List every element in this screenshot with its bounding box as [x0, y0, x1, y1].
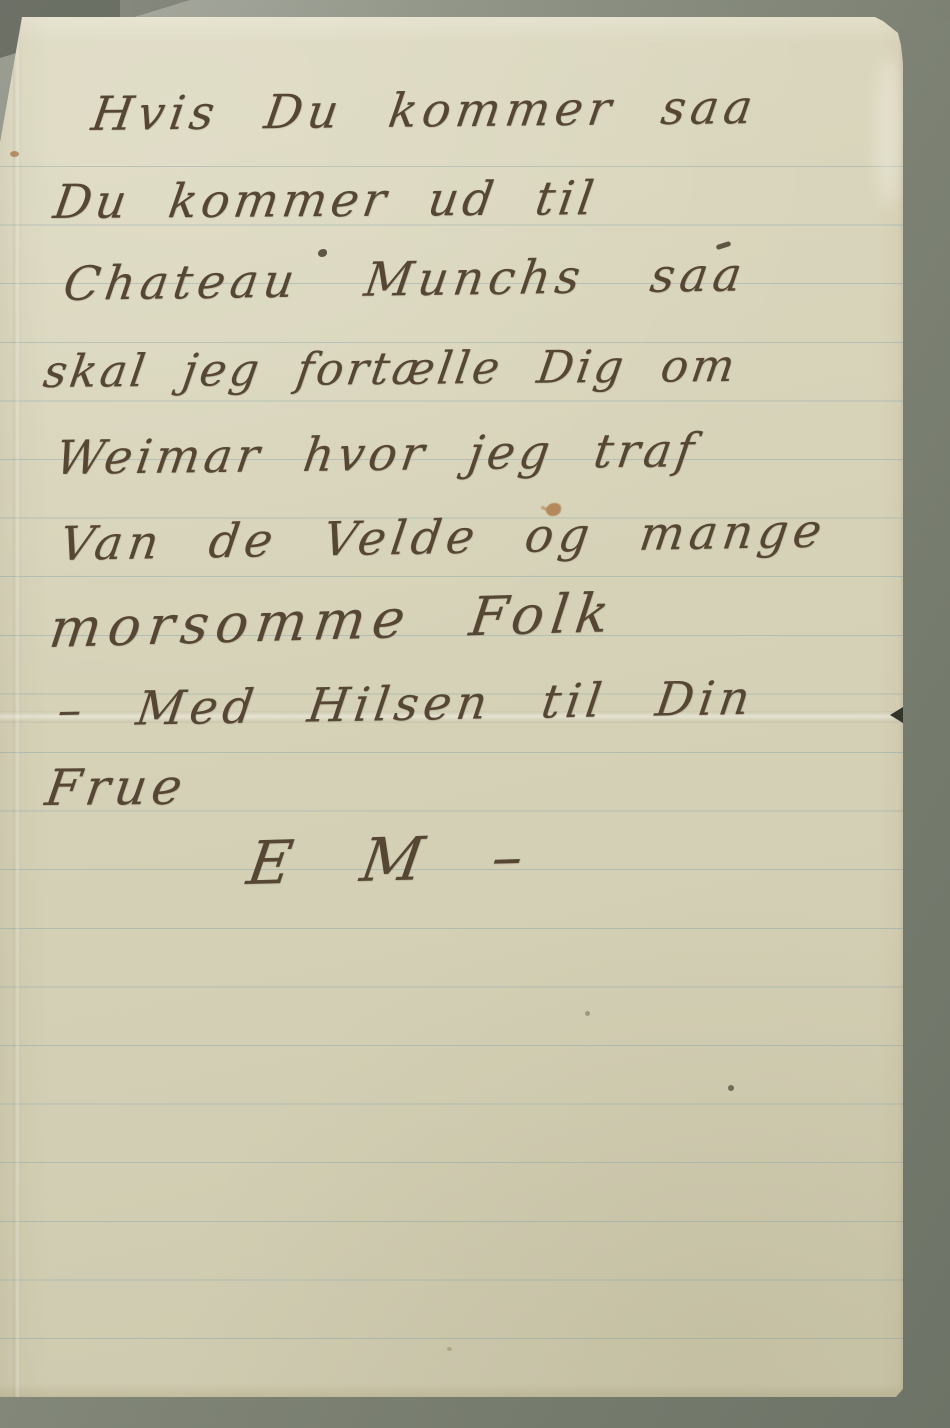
- letter-line-6: Van de Velde og mange: [56, 506, 829, 571]
- signature: E M –: [243, 824, 540, 897]
- paper-speck: [585, 1011, 590, 1016]
- letter-line-2: Du kommer ud til: [50, 173, 601, 228]
- edge-notch: [890, 707, 903, 723]
- letter-scan: Hvis Du kommer saa Du kommer ud til Chat…: [0, 0, 950, 1428]
- corner-wear-patch: [876, 57, 902, 207]
- vertical-fold-crease: [13, 17, 21, 1397]
- paper-speck: [447, 1347, 452, 1351]
- letter-line-7: morsomme Folk: [46, 583, 619, 658]
- letter-line-9: Frue: [42, 760, 191, 816]
- rust-fleck: [10, 151, 19, 157]
- letter-line-8: – Med Hilsen til Din: [54, 673, 758, 737]
- letter-line-5: Weimar hvor jeg traf: [52, 425, 701, 485]
- letter-line-1: Hvis Du kommer saa: [88, 82, 761, 141]
- paper-speck: [728, 1085, 734, 1091]
- letter-line-3: Chateau Munchs saa: [60, 249, 750, 310]
- letter-line-4: skal jeg fortælle Dig om: [40, 341, 741, 397]
- paper-sheet: Hvis Du kommer saa Du kommer ud til Chat…: [0, 17, 903, 1397]
